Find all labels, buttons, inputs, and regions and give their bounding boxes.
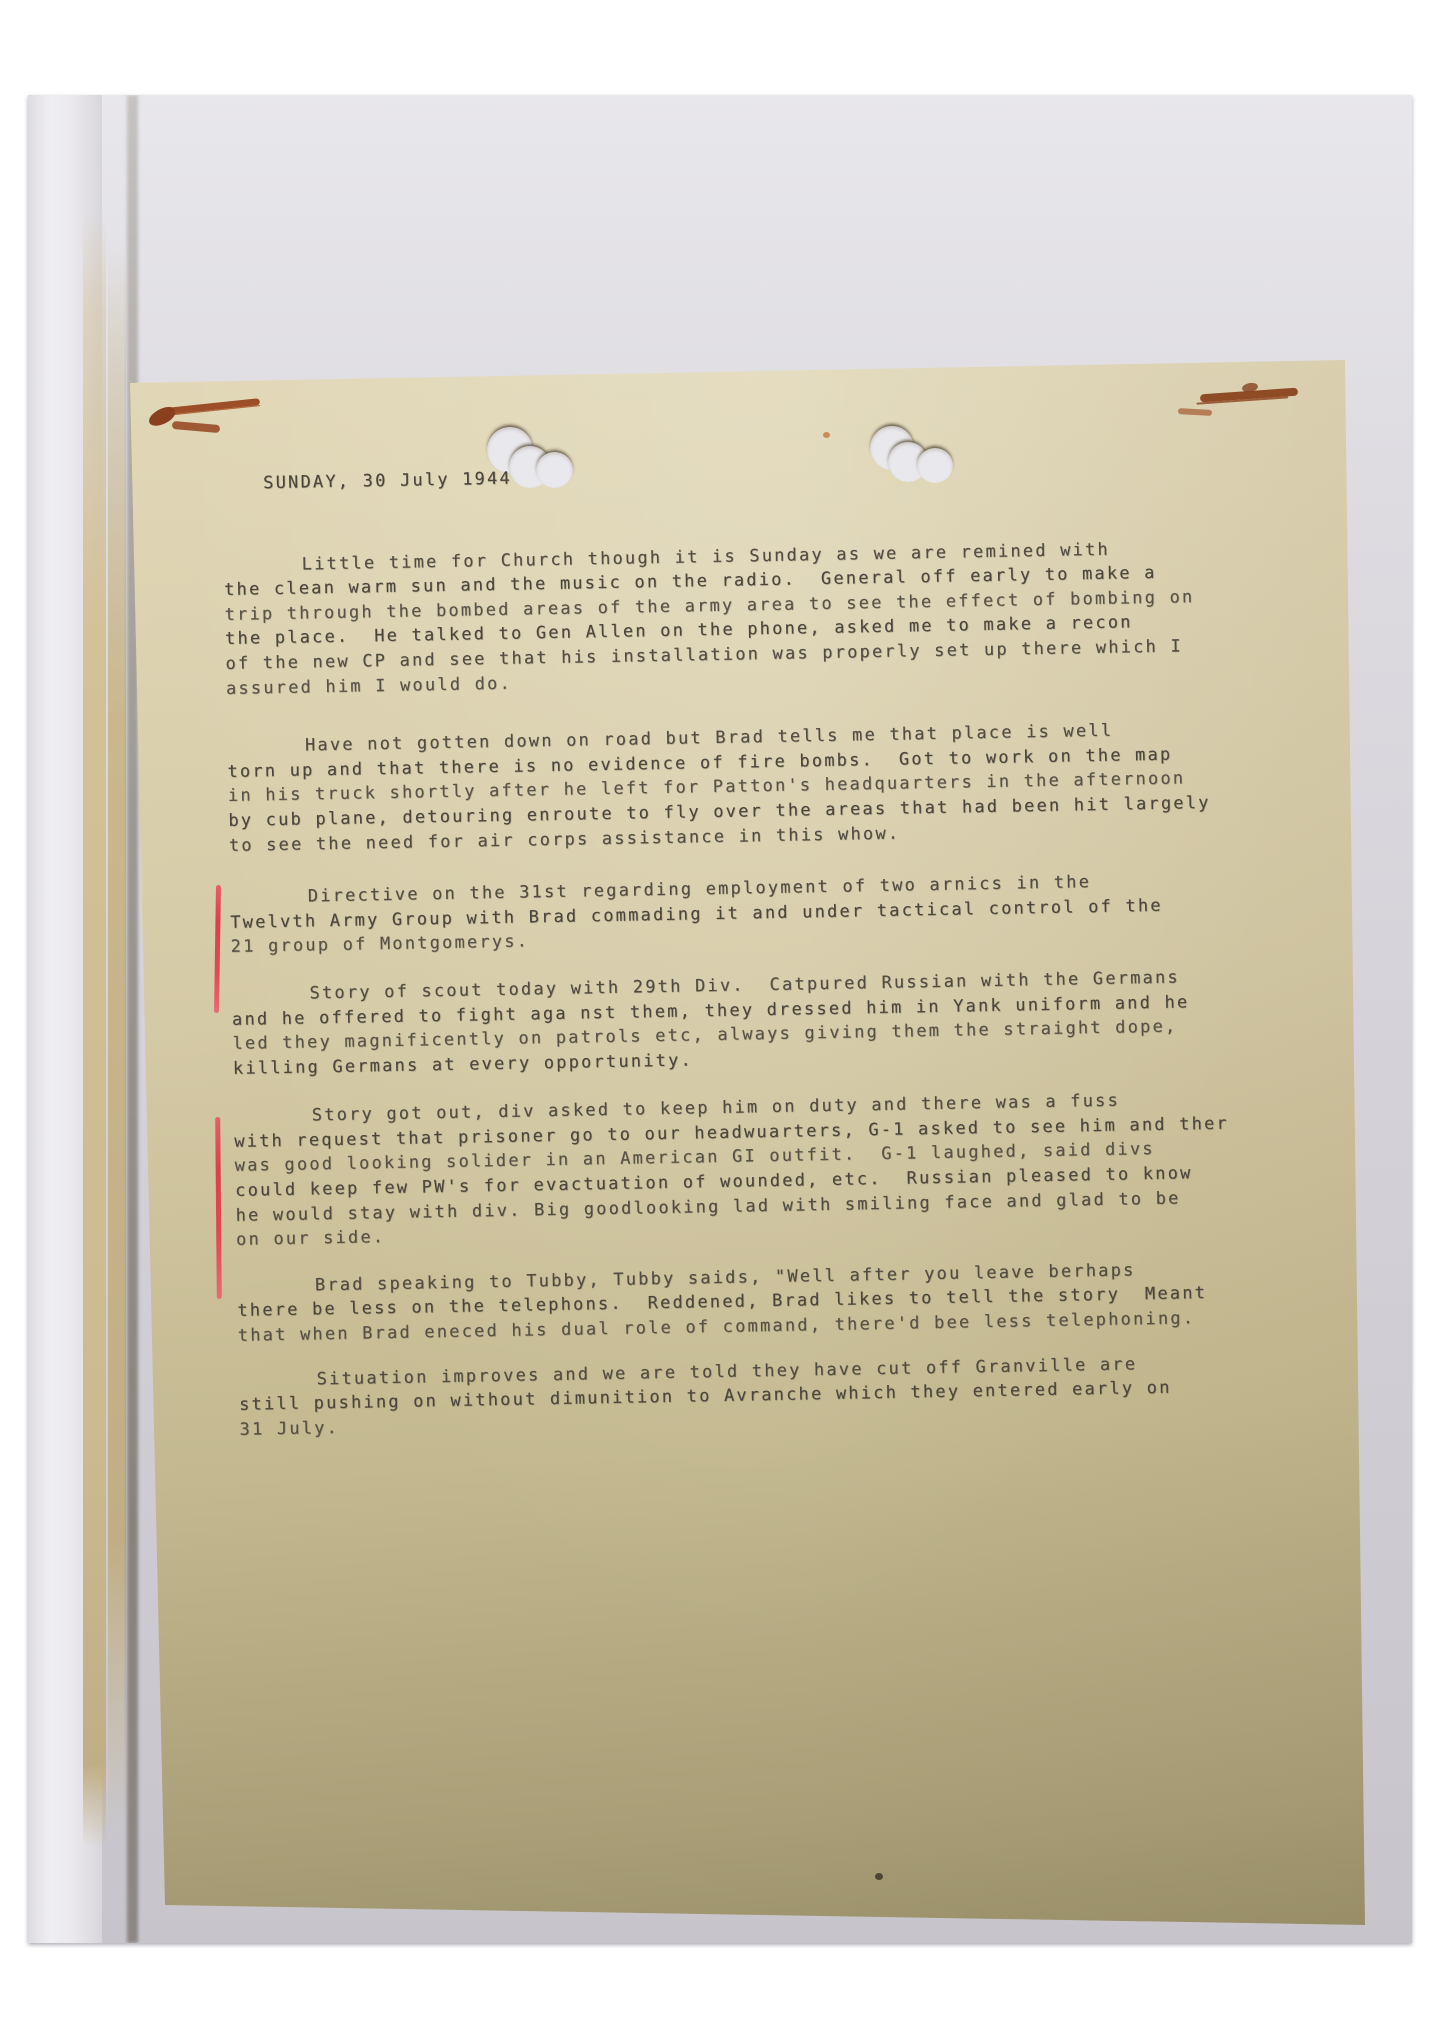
- date-heading: SUNDAY, 30 July 1944: [263, 453, 1242, 496]
- paper-speck: [875, 1873, 883, 1880]
- paper-speck: [823, 432, 830, 438]
- paragraph-road: Have not gotten down on road but Brad te…: [227, 716, 1249, 858]
- paragraph-tubby: Brad speaking to Tubby, Tubby saids, "We…: [237, 1256, 1258, 1348]
- paragraph-directive: Directive on the 31st regarding employme…: [230, 867, 1251, 959]
- rust-streak: [172, 421, 221, 433]
- paragraph-prisoner: Story got out, div asked to keep him on …: [234, 1086, 1257, 1252]
- paragraph-scout: Story of scout today with 29th Div. Catp…: [231, 964, 1253, 1081]
- rust-stain-left: [146, 393, 276, 449]
- diary-sheet: SUNDAY, 30 July 1944 Little time for Chu…: [28, 95, 1412, 1943]
- page-stack-edge: [83, 213, 106, 1847]
- binder-seam-shadow: [127, 95, 138, 1943]
- rust-stain-right: [1178, 383, 1313, 427]
- archive-photo: SUNDAY, 30 July 1944 Little time for Chu…: [28, 95, 1412, 1943]
- rust-streak: [1178, 408, 1212, 416]
- rust-streak: [166, 398, 260, 415]
- page-stack-edge: [108, 247, 126, 1829]
- typewritten-text: SUNDAY, 30 July 1944 Little time for Chu…: [222, 453, 1260, 1442]
- paragraph-situation: Situation improves and we are told they …: [238, 1350, 1259, 1442]
- paragraph-church: Little time for Church though it is Sund…: [223, 535, 1246, 701]
- red-margin-mark-2: [215, 1117, 222, 1299]
- red-margin-mark-1: [214, 885, 221, 1013]
